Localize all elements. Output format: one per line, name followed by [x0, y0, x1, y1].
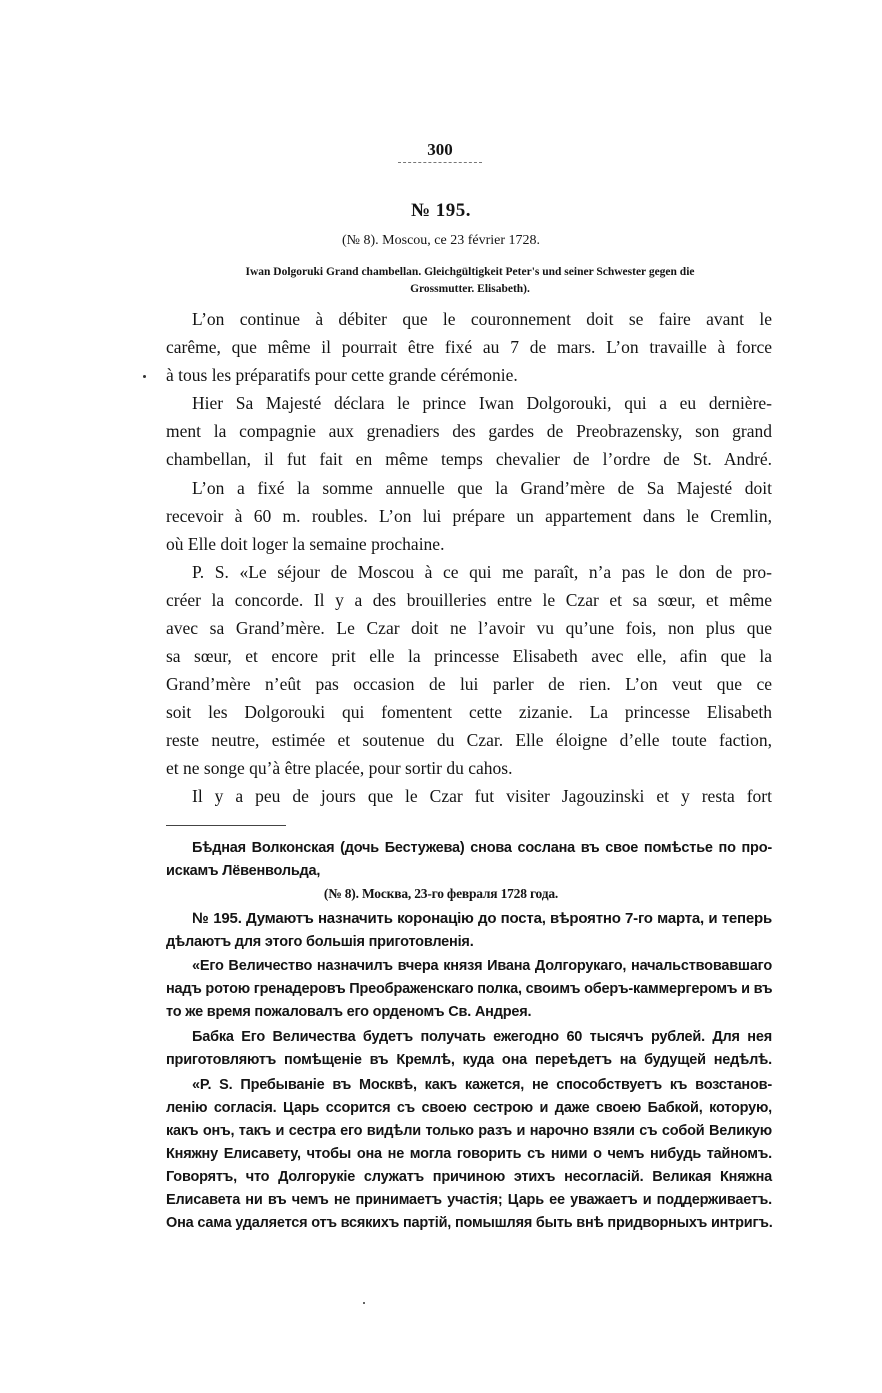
text-line: ment la compagnie aux grenadiers des gar…: [166, 421, 772, 448]
page-number: 300: [400, 140, 480, 160]
margin-mark: [143, 375, 146, 378]
text-line: et ne songe qu’à être placée, pour sorti…: [166, 758, 772, 785]
text-line-russian: «Его Величество назначилъ вчера князя Ив…: [192, 958, 772, 980]
text-line: Grand’mère n’eût pas occasion de lui par…: [166, 674, 772, 701]
text-line-russian: ленію согласія. Царь ссорится съ своею с…: [166, 1100, 772, 1122]
text-line-russian: Она сама удаляется отъ всякихъ партій, п…: [166, 1215, 772, 1237]
text-line-russian: Говорятъ, что Долгорукіе служатъ причино…: [166, 1169, 772, 1191]
text-line-russian: Бабка Его Величества будетъ получать еже…: [192, 1029, 772, 1051]
text-line: L’on continue à débiter que le couronnem…: [192, 309, 772, 336]
text-line-russian: то же время пожаловалъ его орденомъ Св. …: [166, 1004, 772, 1026]
text-line: soit les Dolgorouki qui fomentent cette …: [166, 702, 772, 729]
scan-speck: [363, 1302, 365, 1304]
text-line-russian: дѣлаютъ для этого большія приготовленія.: [166, 934, 772, 956]
text-line: chambellan, il fut fait en même temps ch…: [166, 449, 772, 476]
text-line-russian: Бѣдная Волконская (дочь Бестужева) снова…: [192, 840, 772, 862]
document-number: № 195.: [0, 200, 882, 222]
summary-line: Iwan Dolgoruki Grand chambellan. Gleichg…: [170, 264, 770, 281]
text-line: à tous les préparatifs pour cette grande…: [166, 365, 772, 392]
text-line-russian: № 195. Думаютъ назначить коронацію до по…: [192, 910, 772, 932]
text-line-russian: приготовляютъ помѣщеніе въ Кремлѣ, куда …: [166, 1052, 772, 1074]
text-line-russian: Княжну Елисавету, чтобы она не могла гов…: [166, 1146, 772, 1168]
dateline-russian: (№ 8). Москва, 23-го февраля 1728 года.: [0, 886, 882, 908]
text-line: sa sœur, et encore prit elle la princess…: [166, 646, 772, 673]
text-line-russian: искамъ Лёвенвольда,: [166, 863, 772, 885]
page-number-rule: [398, 162, 482, 163]
summary-line: Grossmutter. Elisabeth).: [170, 281, 770, 298]
text-line: Hier Sa Majesté déclara le prince Iwan D…: [192, 393, 772, 420]
text-line: Il y a peu de jours que le Czar fut visi…: [192, 786, 772, 813]
footnote-rule: [166, 825, 286, 826]
text-line: P. S. «Le séjour de Moscou à ce qui me p…: [192, 562, 772, 589]
text-line-russian: какъ онъ, такъ и сестра его видѣли тольк…: [166, 1123, 772, 1145]
text-line: où Elle doit loger la semaine prochaine.: [166, 534, 772, 561]
book-page: 300 № 195. (№ 8). Moscou, ce 23 février …: [0, 0, 882, 1393]
dateline-french: (№ 8). Moscou, ce 23 février 1728.: [0, 233, 882, 249]
text-line: carême, que même il pourrait être fixé a…: [166, 337, 772, 364]
summary-german: Iwan Dolgoruki Grand chambellan. Gleichg…: [170, 264, 770, 298]
text-line-russian: надъ ротою гренадеровъ Преображенскаго п…: [166, 981, 772, 1003]
text-line: L’on a fixé la somme annuelle que la Gra…: [192, 478, 772, 505]
text-line: avec sa Grand’mère. Le Czar doit ne l’av…: [166, 618, 772, 645]
text-line: reste neutre, estimée et soutenue du Cza…: [166, 730, 772, 757]
text-line: recevoir à 60 m. roubles. L’on lui prépa…: [166, 506, 772, 533]
text-line-russian: «P. S. Пребываніе въ Москвѣ, какъ кажетс…: [192, 1077, 772, 1099]
text-line: créer la concorde. Il y a des brouilleri…: [166, 590, 772, 617]
text-line-russian: Елисавета ни въ чемъ не принимаетъ участ…: [166, 1192, 772, 1214]
